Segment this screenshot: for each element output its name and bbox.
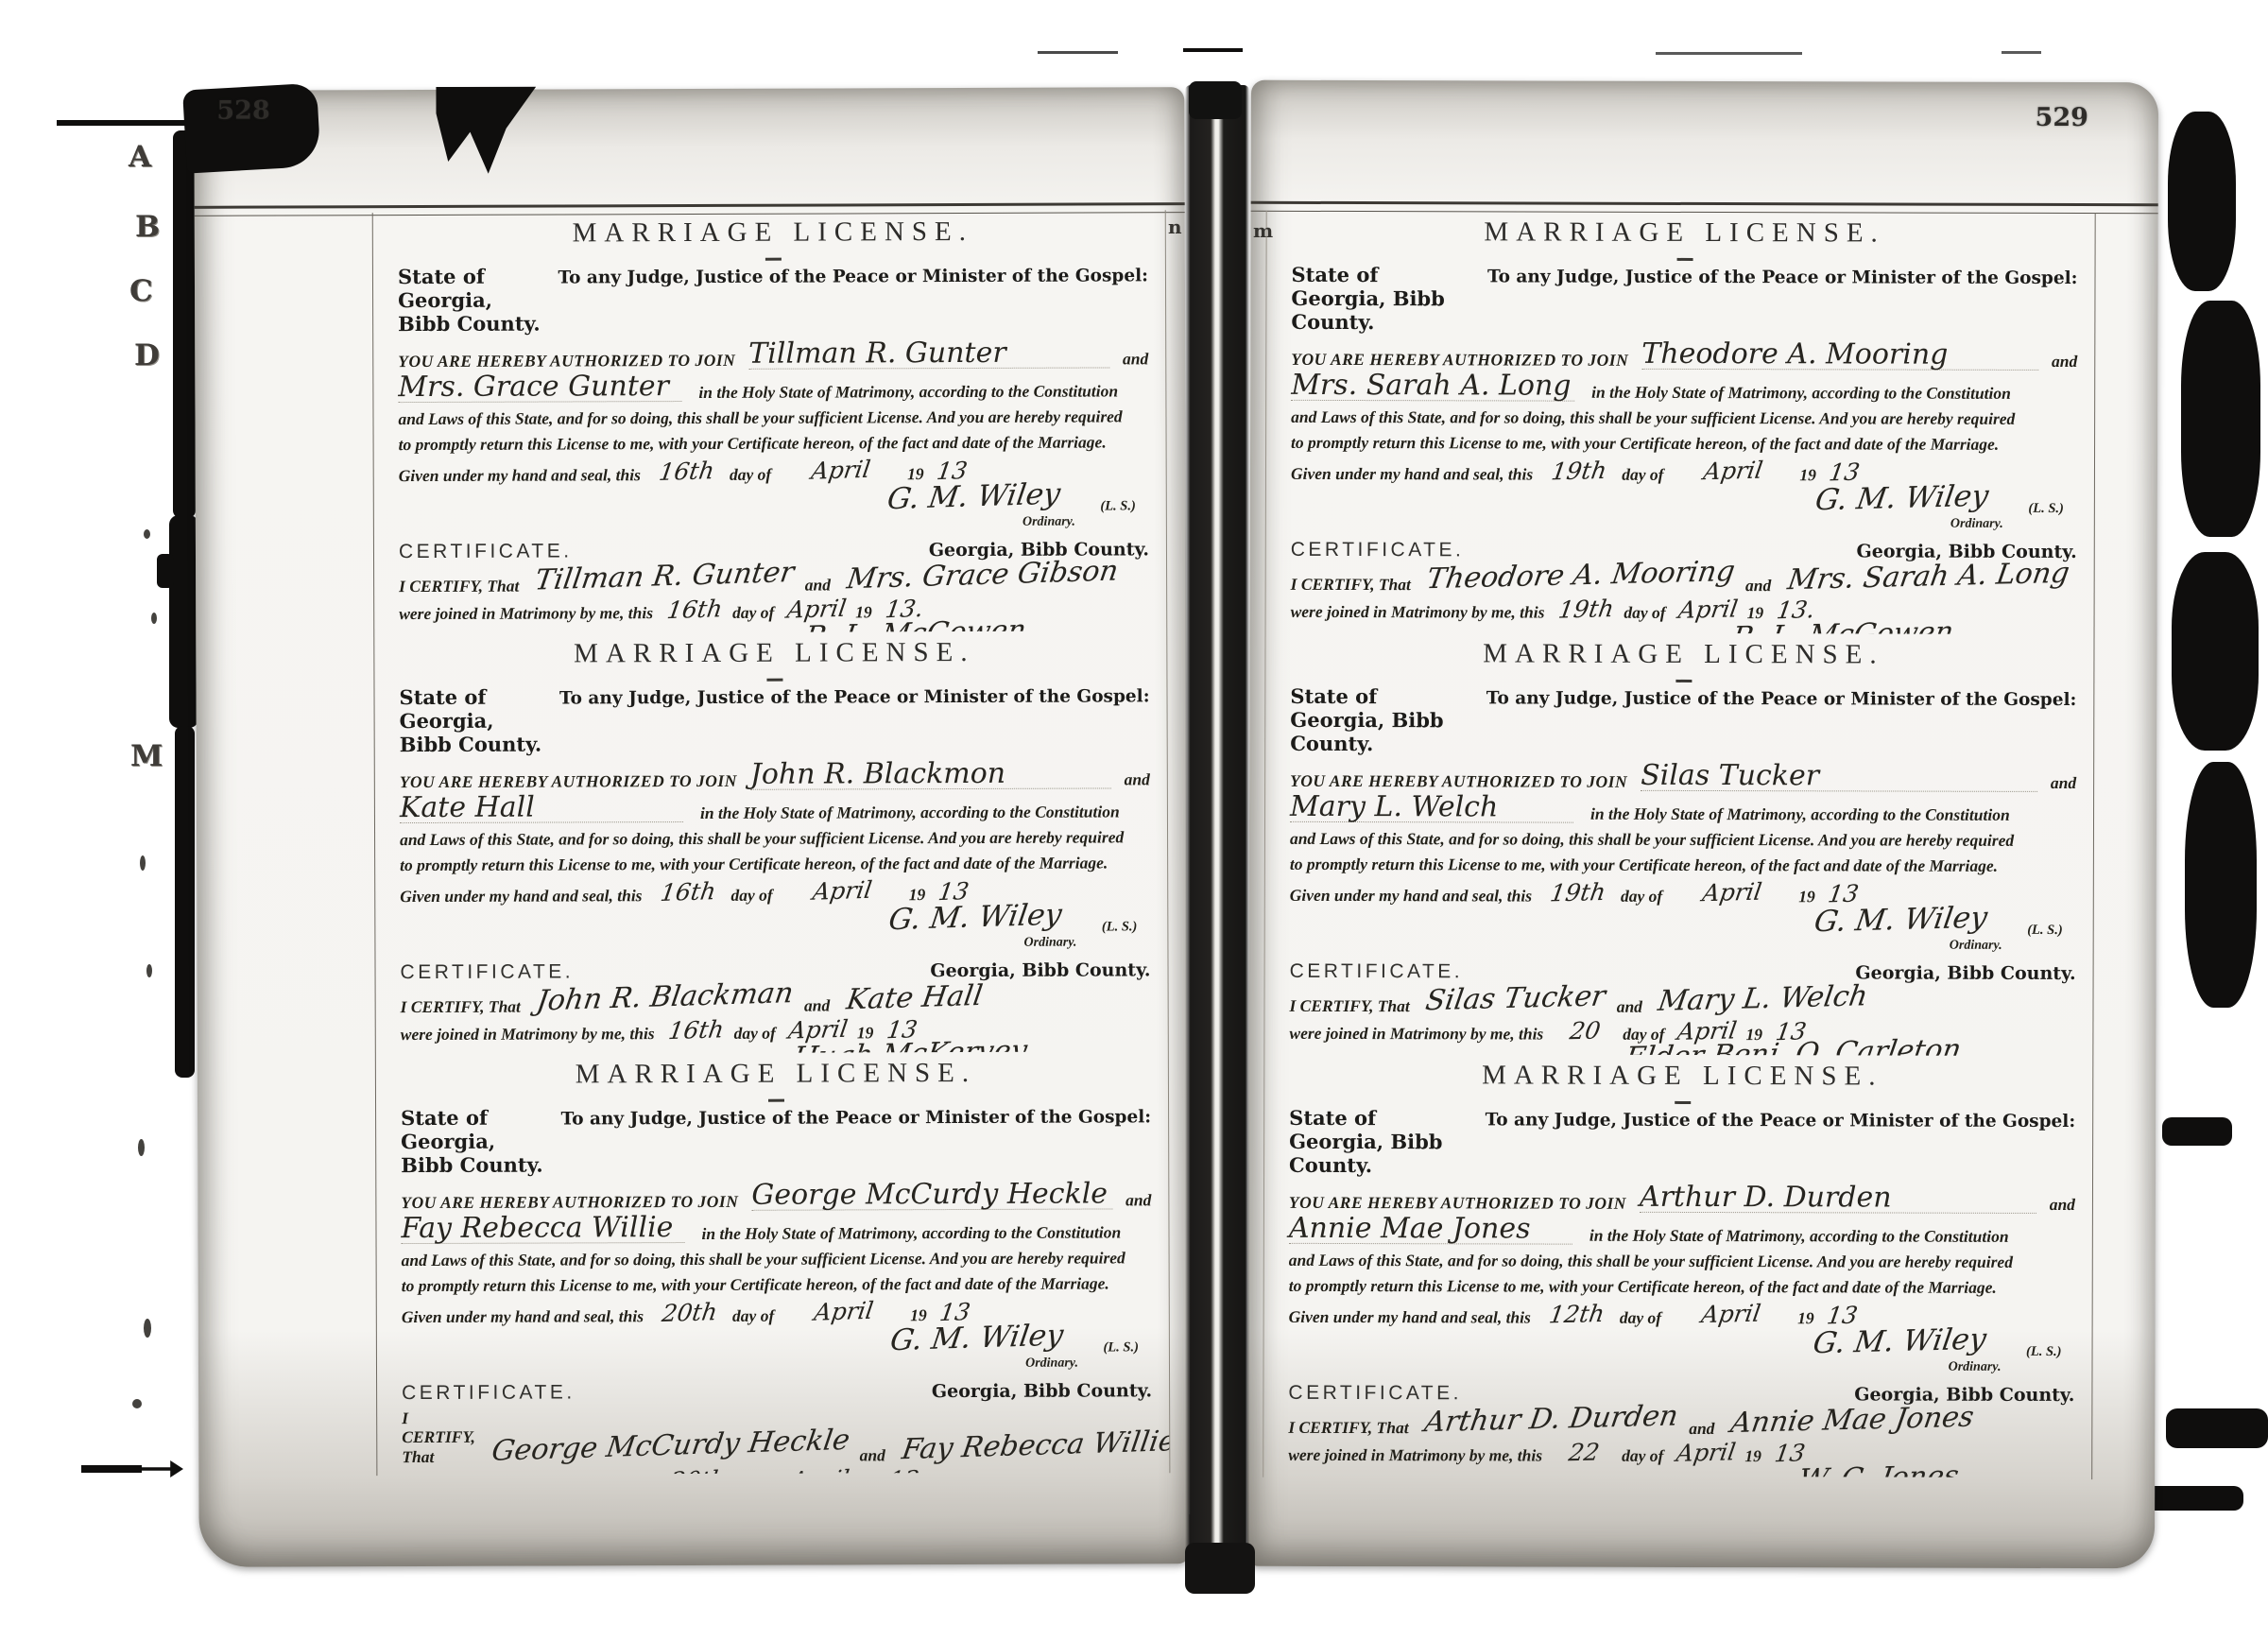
scanned-register-spread: A B C D M 528 MARRIAGE LICENSE. State of…	[0, 0, 2268, 1641]
ls-label: (L. S.)	[2027, 922, 2063, 938]
holy-state-line: in the Holy State of Matrimony, accordin…	[1589, 1226, 2009, 1246]
scan-artifact	[1656, 52, 1802, 55]
state-county-heading: State of Georgia, Bibb County.	[1289, 1106, 1476, 1178]
addressee-line: To any Judge, Justice of the Peace or Mi…	[1486, 1110, 2076, 1131]
addressee-line: To any Judge, Justice of the Peace or Mi…	[559, 686, 1150, 708]
authorize-label: YOU ARE HEREBY AUTHORIZED TO JOIN	[1289, 1193, 1626, 1213]
year-prefix: 19	[1744, 1446, 1761, 1465]
certificate-day: 19th	[1555, 596, 1616, 621]
groom-name: Theodore A. Mooring	[1641, 337, 1948, 371]
license-month: April	[782, 457, 900, 484]
register-page-right: 529 MARRIAGE LICENSE. State of Georgia, …	[1247, 80, 2158, 1569]
certificate-groom-name: Theodore A. Mooring	[1425, 558, 1737, 594]
bride-name: Annie Mae Jones	[1289, 1212, 1531, 1246]
day-of-label: day of	[730, 886, 772, 905]
given-label: Given under my hand and seal, this	[399, 465, 641, 485]
groom-name: John R. Blackmon	[750, 757, 1005, 791]
license-month: April	[1673, 1301, 1790, 1327]
ordinary-label: Ordinary.	[1290, 937, 2076, 954]
ordinary-signature: G. M. Wiley	[886, 901, 1063, 936]
joined-label: were joined in Matrimony by me, this	[402, 1474, 656, 1475]
scan-artifact	[140, 1460, 183, 1477]
thumb-index-letter: C	[129, 274, 153, 308]
laws-line: and Laws of this State, and for so doing…	[1290, 829, 2076, 850]
day-of-label: day of	[1621, 887, 1662, 906]
marriage-record: MARRIAGE LICENSE. State of Georgia, Bibb…	[1266, 211, 2095, 634]
addressee-line: To any Judge, Justice of the Peace or Mi…	[558, 266, 1148, 287]
license-day: 12th	[1542, 1302, 1612, 1327]
ls-label: (L. S.)	[2026, 1343, 2062, 1359]
certificate-bride-name: Annie Mae Jones	[1728, 1404, 1975, 1438]
license-day: 20th	[655, 1300, 725, 1325]
certificate-heading: CERTIFICATE.	[1288, 1382, 1462, 1405]
certificate-year: 13 —	[886, 1466, 952, 1475]
certificate-bride-name: Mrs. Sarah A. Long	[1785, 560, 2070, 595]
marriage-record: MARRIAGE LICENSE. State of Georgia, Bibb…	[1263, 1054, 2092, 1477]
laws-line: and Laws of this State, and for so doing…	[1289, 1251, 2075, 1271]
ls-label: (L. S.)	[1103, 1339, 1139, 1356]
certificate-day: 22	[1554, 1440, 1614, 1464]
page-number: 528	[216, 96, 269, 126]
state-county-heading: State of Georgia, Bibb County.	[398, 265, 549, 337]
ordinary-signature: G. M. Wiley	[1811, 1325, 1987, 1359]
form-title: MARRIAGE LICENSE.	[399, 636, 1149, 670]
holy-state-line: in the Holy State of Matrimony, accordin…	[698, 381, 1118, 402]
title-rule	[1290, 669, 2076, 680]
bride-name: Mrs. Sarah A. Long	[1291, 369, 1571, 403]
laws-line: and Laws of this State, and for so doing…	[400, 827, 1150, 849]
and-label: and	[1125, 1190, 1151, 1209]
certify-label: I CERTIFY, That	[399, 577, 519, 596]
bride-name: Fay Rebecca Willie	[401, 1211, 673, 1245]
license-month: April	[1674, 879, 1791, 906]
holy-state-line: in the Holy State of Matrimony, accordin…	[701, 1222, 1121, 1243]
and-label: and	[804, 996, 830, 1015]
scan-artifact	[2168, 112, 2236, 291]
ordinary-signature: G. M. Wiley	[888, 1321, 1065, 1356]
marriage-record: MARRIAGE LICENSE. State of Georgia, Bibb…	[1264, 632, 2093, 1056]
marriage-record: MARRIAGE LICENSE. State of Georgia, Bibb…	[376, 1051, 1170, 1475]
certify-label: I CERTIFY, That	[1291, 575, 1411, 594]
addressee-line: To any Judge, Justice of the Peace or Mi…	[1487, 267, 2078, 288]
addressee-line: To any Judge, Justice of the Peace or Mi…	[1486, 688, 2077, 710]
promptly-line: to promptly return this License to me, w…	[1289, 1276, 2075, 1297]
authorize-label: YOU ARE HEREBY AUTHORIZED TO JOIN	[1291, 350, 1628, 370]
laws-line: and Laws of this State, and for so doing…	[402, 1248, 1152, 1270]
title-rule	[399, 667, 1149, 679]
ordinary-label: Ordinary.	[400, 936, 1150, 954]
ordinary-label: Ordinary.	[1288, 1358, 2074, 1375]
form-title: MARRIAGE LICENSE.	[1290, 638, 2076, 671]
ordinary-label: Ordinary.	[399, 515, 1149, 533]
certificate-month: April	[785, 596, 848, 622]
gutter-bleed-mark: m	[1253, 219, 1273, 242]
certify-label: I CERTIFY, That	[401, 997, 521, 1017]
groom-name: Silas Tucker	[1641, 759, 1819, 792]
promptly-line: to promptly return this License to me, w…	[1290, 855, 2076, 875]
certificate-day: 16th	[666, 1018, 727, 1044]
form-title: MARRIAGE LICENSE.	[398, 216, 1148, 250]
certificate-groom-name: Silas Tucker	[1424, 983, 1607, 1016]
pen-flourish: ＝	[2016, 624, 2035, 634]
form-title: MARRIAGE LICENSE.	[1289, 1060, 2075, 1093]
scan-artifact	[2002, 51, 2041, 54]
form-box: MARRIAGE LICENSE. State of Georgia, Bibb…	[372, 210, 1171, 1476]
license-month: April	[785, 1298, 902, 1325]
thumb-index-mark	[146, 964, 152, 977]
certificate-month: April	[1677, 597, 1740, 623]
marriage-record: MARRIAGE LICENSE. State of Georgia, Bibb…	[373, 210, 1167, 633]
thumb-index-mark	[151, 613, 157, 624]
given-label: Given under my hand and seal, this	[1290, 886, 1532, 906]
scan-artifact	[2172, 552, 2259, 751]
scan-artifact	[436, 87, 536, 174]
title-rule	[398, 247, 1148, 258]
given-label: Given under my hand and seal, this	[402, 1306, 644, 1326]
certificate-groom-name: Tillman R. Gunter	[533, 559, 796, 596]
certificate-county: Georgia, Bibb County.	[1855, 963, 2075, 985]
certificate-bride-name: Kate Hall	[844, 982, 984, 1014]
ls-label: (L. S.)	[2028, 500, 2064, 516]
officiant-title: M. G.	[1975, 1477, 2014, 1477]
license-year: 13	[1827, 882, 1861, 907]
certificate-heading: CERTIFICATE.	[1290, 960, 1464, 983]
certify-label: I CERTIFY, That	[402, 1408, 475, 1466]
certificate-heading: CERTIFICATE.	[1291, 539, 1465, 561]
certificate-month: April	[789, 1466, 851, 1475]
and-label: and	[1123, 349, 1148, 368]
thumb-index-letter: M	[130, 739, 163, 773]
certificate-county: Georgia, Bibb County.	[930, 960, 1150, 982]
given-label: Given under my hand and seal, this	[1291, 464, 1533, 484]
day-of-label: day of	[732, 1306, 774, 1325]
certify-label: I CERTIFY, That	[1288, 1418, 1408, 1437]
joined-label: were joined in Matrimony by me, this	[1291, 602, 1545, 622]
promptly-line: to promptly return this License to me, w…	[399, 432, 1149, 454]
certificate-groom-name: John R. Blackman	[535, 979, 796, 1015]
certificate-bride-name: Mrs. Grace Gibson	[845, 558, 1120, 595]
scan-artifact	[2166, 1408, 2268, 1448]
scan-artifact	[175, 726, 195, 1078]
day-of-label: day of	[1622, 465, 1663, 484]
scan-artifact	[1038, 51, 1118, 54]
groom-name: Arthur D. Durden	[1640, 1181, 1892, 1215]
year-prefix: 19	[858, 1473, 875, 1475]
day-of-label: day of	[1624, 603, 1665, 622]
page-number: 529	[2036, 103, 2088, 132]
holy-state-line: in the Holy State of Matrimony, accordin…	[1591, 383, 2011, 403]
and-label: and	[2050, 1195, 2075, 1214]
form-title: MARRIAGE LICENSE.	[401, 1057, 1151, 1091]
day-of-label: day of	[1622, 1446, 1663, 1465]
license-day: 19th	[1544, 458, 1614, 484]
and-label: and	[2051, 773, 2076, 792]
groom-name: Tillman R. Gunter	[748, 337, 1006, 371]
addressee-line: To any Judge, Justice of the Peace or Mi…	[561, 1107, 1152, 1129]
joined-label: were joined in Matrimony by me, this	[401, 1024, 655, 1044]
day-of-label: day of	[735, 1473, 777, 1475]
officiant-signature: R. L. McGowen	[1729, 619, 1955, 635]
certificate-heading: CERTIFICATE.	[399, 541, 573, 564]
form-title: MARRIAGE LICENSE.	[1292, 216, 2078, 250]
license-month: April	[1675, 458, 1792, 484]
ordinary-label: Ordinary.	[402, 1356, 1152, 1374]
authorize-label: YOU ARE HEREBY AUTHORIZED TO JOIN	[398, 351, 735, 371]
thumb-index-letter: D	[134, 338, 160, 372]
day-of-label: day of	[734, 1024, 776, 1043]
scan-artifact	[157, 554, 174, 588]
state-county-heading: State of Georgia, Bibb County.	[399, 685, 550, 757]
bride-name: Kate Hall	[400, 791, 535, 824]
state-county-heading: State of Georgia, Bibb County.	[1290, 684, 1477, 756]
certificate-bride-name: Mary L. Welch	[1657, 983, 1870, 1017]
ordinary-signature: G. M. Wiley	[1812, 904, 1988, 938]
laws-line: and Laws of this State, and for so doing…	[1291, 407, 2077, 428]
promptly-line: to promptly return this License to me, w…	[402, 1273, 1152, 1295]
thumb-index-mark	[140, 855, 146, 871]
holy-state-line: in the Holy State of Matrimony, accordin…	[1590, 804, 2010, 824]
binding-gutter	[1185, 85, 1249, 1577]
ordinary-label: Ordinary.	[1291, 515, 2077, 532]
year-prefix: 19	[1799, 465, 1816, 484]
and-label: and	[1125, 769, 1150, 788]
license-year: 13	[1828, 460, 1862, 485]
authorize-label: YOU ARE HEREBY AUTHORIZED TO JOIN	[400, 771, 737, 791]
ls-label: (L. S.)	[1102, 919, 1138, 935]
certificate-day: 20th	[667, 1467, 728, 1475]
thumb-index-mark	[138, 1139, 145, 1156]
authorize-label: YOU ARE HEREBY AUTHORIZED TO JOIN	[401, 1192, 738, 1212]
certificate-county: Georgia, Bibb County.	[932, 1381, 1152, 1403]
given-label: Given under my hand and seal, this	[400, 886, 642, 906]
title-rule	[401, 1088, 1151, 1099]
state-county-heading: State of Georgia, Bibb County.	[401, 1106, 552, 1178]
scan-artifact	[169, 515, 198, 728]
and-label: and	[805, 576, 831, 595]
joined-label: were joined in Matrimony by me, this	[399, 603, 653, 623]
year-prefix: 19	[1798, 887, 1815, 906]
officiant-signature: W. C. Jones	[1797, 1462, 1961, 1477]
register-page-left: 528 MARRIAGE LICENSE. State of Georgia, …	[194, 87, 1189, 1567]
certificate-day: 20	[1555, 1018, 1615, 1043]
license-month: April	[784, 877, 902, 905]
certificate-heading: CERTIFICATE.	[400, 961, 574, 985]
certificate-month: April	[787, 1017, 850, 1043]
and-label: and	[1745, 576, 1771, 595]
thumb-index-letter: A	[129, 140, 151, 174]
certificate-groom-name: George McCurdy Heckle	[490, 1426, 851, 1466]
scan-artifact	[1183, 48, 1243, 52]
certificate-month: April	[1675, 1441, 1737, 1466]
certificate-groom-name: Arthur D. Durden	[1423, 1403, 1680, 1438]
scan-artifact	[173, 130, 196, 518]
bride-name: Mrs. Grace Gunter	[398, 370, 669, 404]
certificate-bride-name: Fay Rebecca Willie	[900, 1427, 1169, 1464]
thumb-index-mark	[132, 1399, 142, 1408]
thumb-index-mark	[144, 529, 150, 539]
thumb-index-letter: B	[135, 210, 160, 244]
title-rule	[1292, 248, 2078, 258]
state-county-heading: State of Georgia, Bibb County.	[1291, 263, 1478, 335]
license-day: 19th	[1543, 880, 1613, 906]
promptly-line: to promptly return this License to me, w…	[400, 853, 1150, 874]
and-label: and	[2052, 352, 2077, 371]
day-of-label: day of	[1620, 1308, 1661, 1327]
scan-artifact	[2185, 762, 2257, 1008]
laws-line: and Laws of this State, and for so doing…	[398, 406, 1148, 428]
scan-artifact	[81, 1465, 142, 1473]
license-year: 13	[1826, 1304, 1860, 1328]
holy-state-line: in the Holy State of Matrimony, accordin…	[700, 802, 1120, 822]
ordinary-signature: G. M. Wiley	[885, 480, 1062, 515]
joined-label: were joined in Matrimony by me, this	[1289, 1024, 1543, 1044]
scan-artifact	[2181, 301, 2260, 537]
license-day: 16th	[652, 458, 722, 484]
thumb-index-mark	[144, 1319, 151, 1338]
certificate-year: 13	[1773, 1442, 1807, 1466]
given-label: Given under my hand and seal, this	[1289, 1307, 1531, 1327]
certificate-heading: CERTIFICATE.	[402, 1382, 576, 1406]
ordinary-signature: G. M. Wiley	[1813, 482, 1990, 516]
form-box: MARRIAGE LICENSE. State of Georgia, Bibb…	[1263, 211, 2096, 1479]
bride-name: Mary L. Welch	[1290, 790, 1498, 824]
groom-name: George McCurdy Heckle	[751, 1177, 1108, 1211]
promptly-line: to promptly return this License to me, w…	[1291, 433, 2077, 454]
and-label: and	[860, 1445, 885, 1464]
certify-label: I CERTIFY, That	[1289, 996, 1409, 1015]
and-label: and	[1617, 997, 1642, 1016]
scan-artifact	[2162, 1117, 2232, 1146]
day-of-label: day of	[732, 603, 774, 622]
marriage-record: MARRIAGE LICENSE. State of Georgia, Bibb…	[374, 630, 1168, 1054]
ls-label: (L. S.)	[1100, 498, 1136, 514]
certificate-day: 16th	[664, 597, 725, 623]
day-of-label: day of	[730, 465, 771, 484]
gutter-bleed-mark: n	[1168, 216, 1182, 238]
license-day: 16th	[654, 879, 724, 905]
authorize-label: YOU ARE HEREBY AUTHORIZED TO JOIN	[1290, 771, 1627, 791]
and-label: and	[1689, 1419, 1714, 1438]
year-prefix: 19	[1797, 1308, 1814, 1327]
title-rule	[1289, 1091, 2075, 1101]
joined-label: were joined in Matrimony by me, this	[1288, 1445, 1542, 1465]
